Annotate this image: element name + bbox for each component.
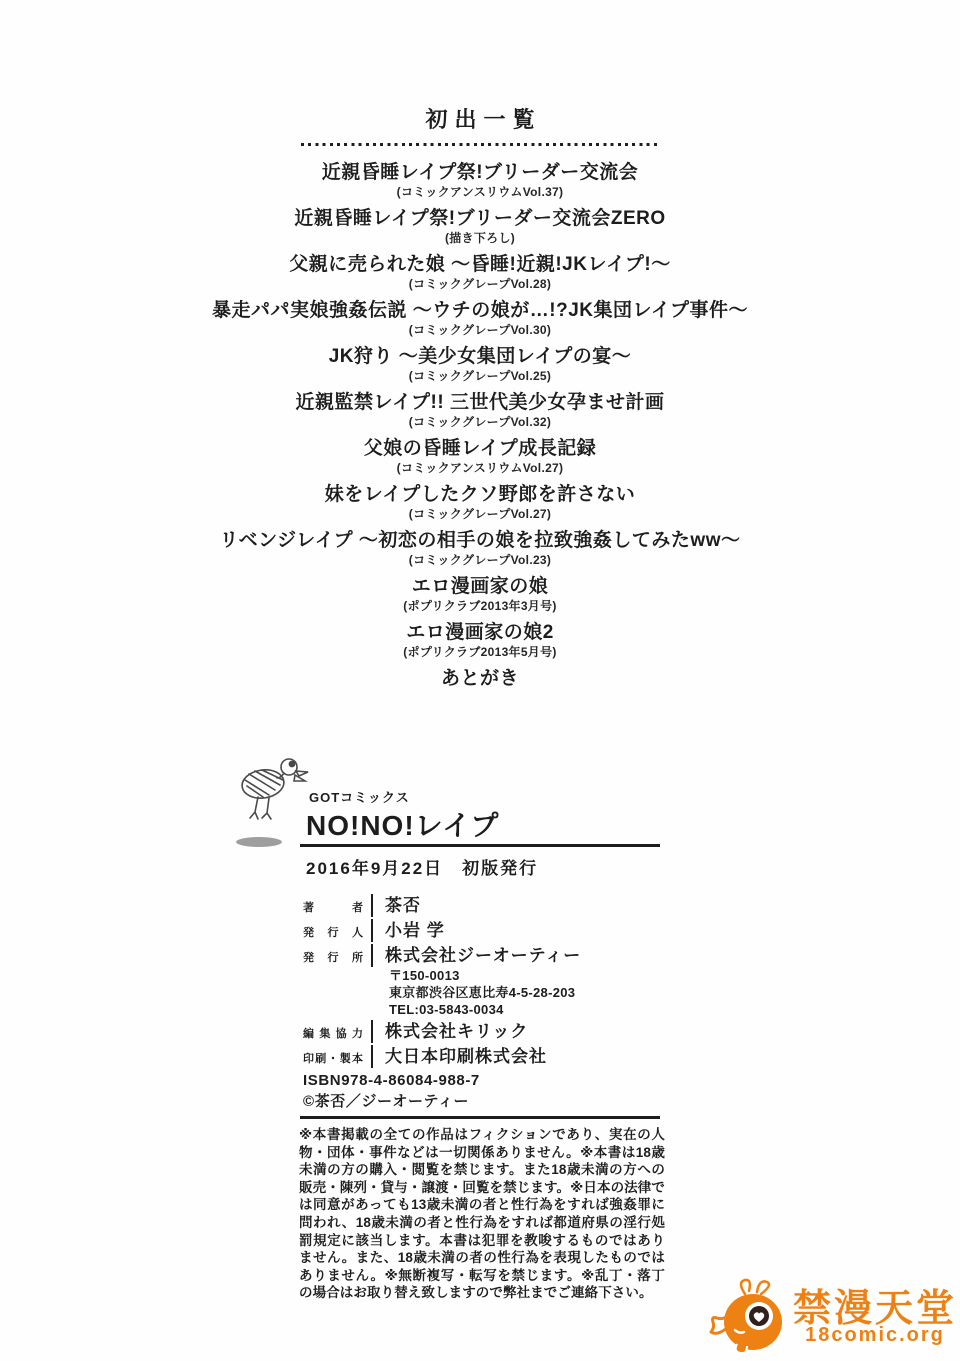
list-item: 父親に売られた娘 ～昏睡!近親!JKレイプ!～ (コミックグレープVol.28) bbox=[0, 252, 960, 292]
list-item: 父娘の昏睡レイプ成長記録 (コミックアンスリウムVol.27) bbox=[0, 436, 960, 476]
work-source: (コミックアンスリウムVol.27) bbox=[0, 461, 960, 476]
first-publication-list: 初出一覧 近親昏睡レイプ祭!ブリーダー交流会 (コミックアンスリウムVol.37… bbox=[0, 103, 960, 697]
table-row: 編集協力 株式会社キリック bbox=[303, 1020, 581, 1043]
work-title: あとがき bbox=[0, 666, 960, 691]
work-source: (コミックグレープVol.32) bbox=[0, 415, 960, 430]
list-item: あとがき bbox=[0, 666, 960, 691]
publisher-address: 東京都渋谷区恵比寿4-5-28-203 bbox=[371, 984, 581, 1001]
work-title: エロ漫画家の娘 bbox=[0, 574, 960, 599]
list-item: JK狩り ～美少女集団レイプの宴～ (コミックグレープVol.25) bbox=[0, 344, 960, 384]
credit-value: 株式会社ジーオーティー bbox=[371, 944, 581, 967]
list-item: リベンジレイプ ～初恋の相手の娘を拉致強姦してみたww～ (コミックグレープVo… bbox=[0, 528, 960, 568]
table-row: 印刷・製本 大日本印刷株式会社 bbox=[303, 1045, 581, 1068]
publisher-phone: TEL:03-5843-0034 bbox=[371, 1001, 581, 1018]
watermark-text: 禁漫天堂 18comic.org bbox=[793, 1290, 957, 1347]
colophon-page: 初出一覧 近親昏睡レイプ祭!ブリーダー交流会 (コミックアンスリウムVol.37… bbox=[0, 0, 960, 1361]
title-rule bbox=[300, 844, 660, 847]
publication-entries: 近親昏睡レイプ祭!ブリーダー交流会 (コミックアンスリウムVol.37) 近親昏… bbox=[0, 160, 960, 691]
credits-table: 著者 茶否 発行人 小岩 学 発行所 株式会社ジーオーティー 〒150-0013… bbox=[303, 894, 581, 1070]
work-source: (コミックグレープVol.27) bbox=[0, 507, 960, 522]
list-item: 妹をレイプしたクソ野郎を許さない (コミックグレープVol.27) bbox=[0, 482, 960, 522]
site-name: 禁漫天堂 bbox=[793, 1290, 957, 1328]
credit-label: 発行所 bbox=[303, 944, 363, 965]
list-item: 近親監禁レイプ!! 三世代美少女孕ませ計画 (コミックグレープVol.32) bbox=[0, 390, 960, 430]
page-title: 初出一覧 bbox=[0, 103, 960, 134]
work-title: 近親昏睡レイプ祭!ブリーダー交流会 bbox=[0, 160, 960, 185]
book-title: NO!NO!レイプ bbox=[306, 804, 499, 844]
credit-label: 印刷・製本 bbox=[303, 1045, 363, 1066]
work-title: エロ漫画家の娘2 bbox=[0, 620, 960, 645]
isbn-block: ISBN978-4-86084-988-7 ©茶否／ジーオーティー bbox=[303, 1070, 480, 1112]
work-source: (コミックグレープVol.28) bbox=[0, 277, 960, 292]
work-source: (描き下ろし) bbox=[0, 231, 960, 246]
mascot-icon bbox=[707, 1278, 791, 1358]
isbn-number: ISBN978-4-86084-988-7 bbox=[303, 1070, 480, 1091]
edition-date: 2016年9月22日 初版発行 bbox=[306, 854, 538, 879]
credit-label: 編集協力 bbox=[303, 1020, 363, 1041]
work-title: 暴走パパ実娘強姦伝説 ～ウチの娘が…!?JK集団レイプ事件～ bbox=[0, 298, 960, 323]
credit-body: 株式会社ジーオーティー 〒150-0013 東京都渋谷区恵比寿4-5-28-20… bbox=[371, 944, 581, 1018]
credit-value: 株式会社キリック bbox=[371, 1020, 528, 1043]
site-watermark: 禁漫天堂 18comic.org bbox=[707, 1278, 957, 1358]
dotted-divider bbox=[301, 143, 659, 146]
list-item: 近親昏睡レイプ祭!ブリーダー交流会ZERO (描き下ろし) bbox=[0, 206, 960, 246]
work-source: (コミックグレープVol.30) bbox=[0, 323, 960, 338]
divider-rule bbox=[300, 1116, 660, 1119]
work-title: リベンジレイプ ～初恋の相手の娘を拉致強姦してみたww～ bbox=[0, 528, 960, 553]
copyright-line: ©茶否／ジーオーティー bbox=[303, 1091, 480, 1112]
credit-value: 大日本印刷株式会社 bbox=[371, 1045, 547, 1068]
table-row: 発行人 小岩 学 bbox=[303, 919, 581, 942]
site-url: 18comic.org bbox=[793, 1324, 957, 1347]
legal-disclaimer: ※本書掲載の全ての作品はフィクションであり、実在の人物・団体・事件などは一切関係… bbox=[299, 1126, 665, 1302]
work-source: (コミックグレープVol.25) bbox=[0, 369, 960, 384]
bird-doodle-icon bbox=[231, 748, 317, 855]
work-title: 近親監禁レイプ!! 三世代美少女孕ませ計画 bbox=[0, 390, 960, 415]
list-item: 暴走パパ実娘強姦伝説 ～ウチの娘が…!?JK集団レイプ事件～ (コミックグレープ… bbox=[0, 298, 960, 338]
credit-value: 小岩 学 bbox=[371, 919, 445, 942]
work-source: (コミックアンスリウムVol.37) bbox=[0, 185, 960, 200]
list-item: 近親昏睡レイプ祭!ブリーダー交流会 (コミックアンスリウムVol.37) bbox=[0, 160, 960, 200]
work-title: 妹をレイプしたクソ野郎を許さない bbox=[0, 482, 960, 507]
table-row: 著者 茶否 bbox=[303, 894, 581, 917]
work-title: JK狩り ～美少女集団レイプの宴～ bbox=[0, 344, 960, 369]
list-item: エロ漫画家の娘2 (ポプリクラブ2013年5月号) bbox=[0, 620, 960, 660]
list-item: エロ漫画家の娘 (ポプリクラブ2013年3月号) bbox=[0, 574, 960, 614]
publisher-postcode: 〒150-0013 bbox=[371, 967, 581, 984]
work-source: (ポプリクラブ2013年3月号) bbox=[0, 599, 960, 614]
work-title: 近親昏睡レイプ祭!ブリーダー交流会ZERO bbox=[0, 206, 960, 231]
work-source: (コミックグレープVol.23) bbox=[0, 553, 960, 568]
table-row: 発行所 株式会社ジーオーティー 〒150-0013 東京都渋谷区恵比寿4-5-2… bbox=[303, 944, 581, 1018]
work-title: 父親に売られた娘 ～昏睡!近親!JKレイプ!～ bbox=[0, 252, 960, 277]
credit-value: 茶否 bbox=[371, 894, 421, 917]
work-source: (ポプリクラブ2013年5月号) bbox=[0, 645, 960, 660]
credit-label: 発行人 bbox=[303, 919, 363, 940]
credit-label: 著者 bbox=[303, 894, 363, 915]
work-title: 父娘の昏睡レイプ成長記録 bbox=[0, 436, 960, 461]
